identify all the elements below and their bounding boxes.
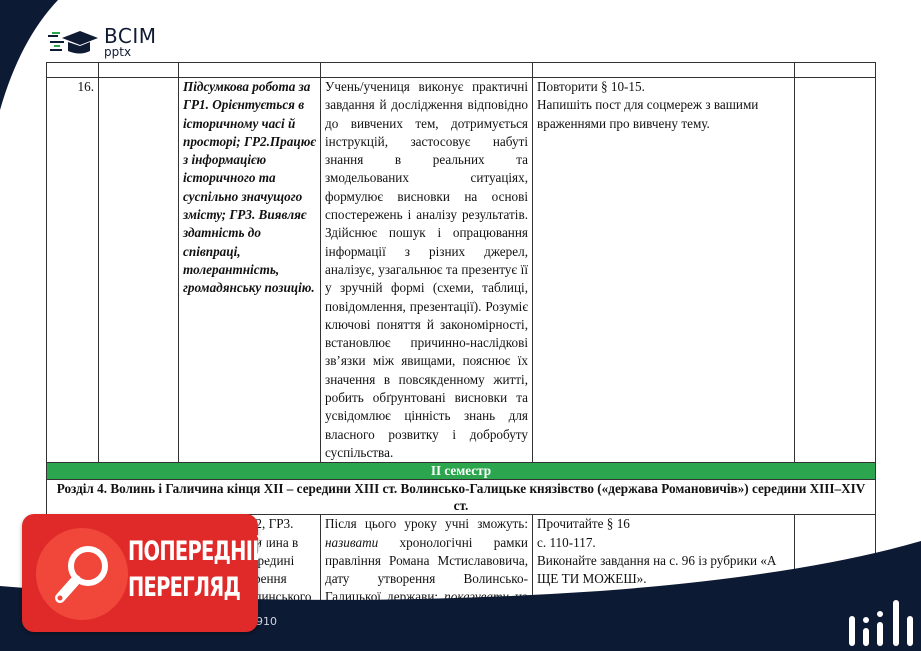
row-number: 16. bbox=[47, 78, 99, 463]
logo: BCIM pptx bbox=[48, 26, 157, 58]
magnifier-icon bbox=[36, 528, 128, 620]
homework-line: Повторити § 10-15. bbox=[537, 78, 790, 96]
section-title: Розділ 4. Волинь і Галичина кінця ХІІ – … bbox=[47, 480, 876, 515]
row-cell-empty bbox=[99, 78, 179, 463]
row-notes bbox=[795, 78, 876, 463]
preview-line1: ПОПЕРЕДНІЙ bbox=[128, 534, 268, 570]
section-header: Розділ 4. Волинь і Галичина кінця ХІІ – … bbox=[47, 480, 876, 515]
row-homework: Повторити § 10-15. Напишіть пост для соц… bbox=[533, 78, 795, 463]
preview-line2: ПЕРЕГЛЯД bbox=[128, 570, 268, 606]
graduation-cap-icon bbox=[48, 29, 98, 55]
logo-title: BCIM bbox=[104, 26, 157, 46]
table-row-empty bbox=[47, 63, 876, 78]
page-number: 910 bbox=[256, 615, 277, 628]
outcomes-text: Після цього уроку учні зможуть: bbox=[325, 516, 528, 531]
row-topic: Підсумкова робота за ГР1. Орієнтується в… bbox=[179, 78, 321, 463]
row-outcomes: Учень/учениця виконує практичні завдання… bbox=[321, 78, 533, 463]
homework-line: Напишіть пост для соцмереж з вашими враж… bbox=[537, 96, 790, 133]
semester-bar: ІІ семестр bbox=[47, 463, 876, 480]
preview-badge[interactable]: ПОПЕРЕДНІЙ ПЕРЕГЛЯД bbox=[22, 514, 258, 632]
homework-line: Прочитайте § 16 bbox=[537, 515, 790, 533]
semester-label: ІІ семестр bbox=[47, 463, 876, 480]
logo-subtitle: pptx bbox=[104, 46, 157, 58]
bars-logo-icon bbox=[841, 586, 921, 651]
table-row: 16. Підсумкова робота за ГР1. Орієнтуєть… bbox=[47, 78, 876, 463]
